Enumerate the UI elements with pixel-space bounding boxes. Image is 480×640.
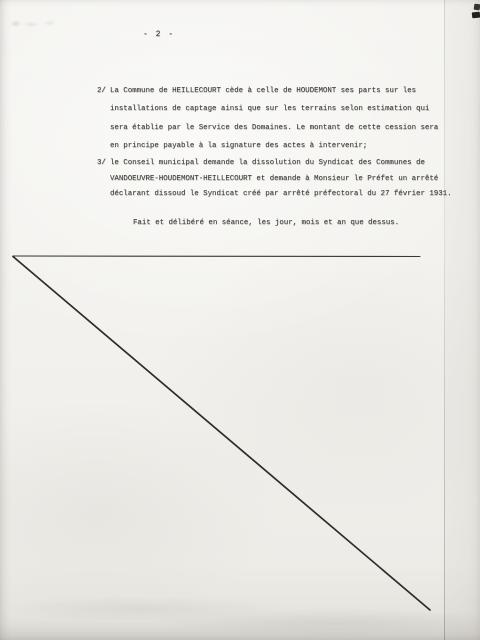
paragraph-3-line: déclarant dissoud le Syndicat créé par a… — [110, 187, 447, 203]
paragraph-2-line: installations de captage ainsi que sur l… — [110, 100, 447, 118]
scan-bottom-texture — [0, 596, 480, 640]
paragraph-2-line: en principe payable à la signature des a… — [110, 137, 447, 155]
scanned-document-page: - 2 - 2/ La Commune de HEILLECOURT cède … — [0, 0, 480, 640]
paragraph-3-line: VANDOEUVRE-HOUDEMONT-HEILLECOURT et dema… — [110, 172, 447, 188]
paragraph-3-label: 3/ — [97, 156, 106, 172]
paragraph-2-line: sera établie par le Service des Domaines… — [110, 119, 447, 137]
paragraph-2-line: La Commune de HEILLECOURT cède à celle d… — [110, 82, 447, 100]
paragraph-3-line: le Conseil municipal demande la dissolut… — [110, 156, 447, 172]
paragraph-2: 2/ La Commune de HEILLECOURT cède à cell… — [97, 82, 447, 156]
closing-formula: Fait et délibéré en séance, les jour, mo… — [133, 219, 399, 227]
scan-right-edge-shade — [445, 0, 480, 640]
page-number: - 2 - — [143, 30, 175, 39]
paragraph-3: 3/ le Conseil municipal demande la disso… — [97, 156, 447, 203]
diagonal-strike-line — [13, 257, 430, 611]
horizontal-strike-line — [13, 256, 420, 257]
pencil-smudge — [8, 16, 60, 30]
paragraph-2-label: 2/ — [97, 82, 106, 100]
page-edge-crease — [444, 0, 445, 640]
